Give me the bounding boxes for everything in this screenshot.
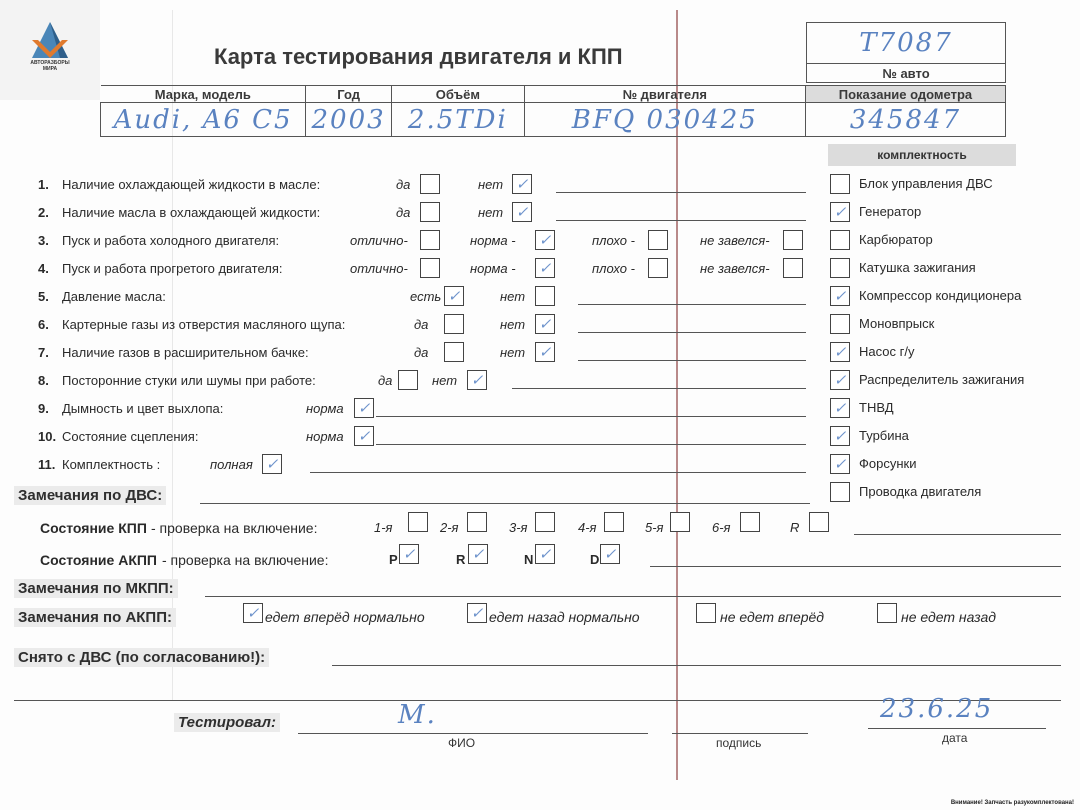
kit-checkbox[interactable]: ✓ xyxy=(830,398,850,418)
option-label: норма xyxy=(306,429,344,444)
name-line[interactable] xyxy=(298,733,648,734)
auto-number-label: № авто xyxy=(807,64,1006,83)
signature-caption: подпись xyxy=(716,736,761,750)
header-odometer: Показание одометра xyxy=(805,86,1005,103)
answer-line[interactable] xyxy=(376,416,806,417)
akpp-remark-checkbox[interactable]: ✓ xyxy=(243,603,263,623)
akpp-gear-checkbox[interactable]: ✓ xyxy=(600,544,620,564)
make-model-value[interactable]: Audi, A6 C5 xyxy=(101,103,306,137)
question-number: 1. xyxy=(38,177,49,192)
gear-label: 4-я xyxy=(578,520,597,535)
auto-gearbox-label: Состояние АКПП xyxy=(40,552,157,568)
option-label: плохо - xyxy=(592,233,635,248)
gear-label: 1-я xyxy=(374,520,393,535)
kit-header: комплектность xyxy=(828,144,1016,166)
option-checkbox[interactable] xyxy=(398,370,418,390)
option-checkbox[interactable] xyxy=(444,314,464,334)
header-volume: Объём xyxy=(392,86,525,103)
auto-number-table: T7087 № авто xyxy=(806,22,1006,83)
question-number: 11. xyxy=(38,457,55,472)
option-label: да xyxy=(378,373,392,388)
option-label: норма - xyxy=(470,233,516,248)
option-label: да xyxy=(396,177,410,192)
question-text: Наличие газов в расширительном бачке: xyxy=(62,345,309,360)
option-checkbox[interactable] xyxy=(420,202,440,222)
option-checkbox[interactable] xyxy=(783,230,803,250)
kit-item-label: Турбина xyxy=(859,428,909,443)
kit-item-label: Компрессор кондиционера xyxy=(859,288,1021,303)
gear-label: 2-я xyxy=(440,520,459,535)
engine-remarks-line[interactable] xyxy=(200,503,810,504)
kit-item-label: ТНВД xyxy=(859,400,894,415)
odometer-value[interactable]: 345847 xyxy=(805,103,1005,137)
gear-label: 3-я xyxy=(509,520,528,535)
question-number: 8. xyxy=(38,373,49,388)
option-checkbox[interactable]: ✓ xyxy=(535,342,555,362)
option-checkbox[interactable] xyxy=(444,342,464,362)
gear-checkbox[interactable] xyxy=(670,512,690,532)
auto-gearbox-line[interactable] xyxy=(650,566,1061,567)
kit-item-label: Проводка двигателя xyxy=(859,484,981,499)
vehicle-table: Марка, модель Год Объём № двигателя Пока… xyxy=(100,85,1006,137)
option-label: нет xyxy=(432,373,457,388)
option-label: нет xyxy=(500,317,525,332)
question-text: Пуск и работа холодного двигателя: xyxy=(62,233,279,248)
option-label: полная xyxy=(210,457,253,472)
header-engine-number: № двигателя xyxy=(524,86,805,103)
akpp-gear-checkbox[interactable]: ✓ xyxy=(399,544,419,564)
auto-number-value[interactable]: T7087 xyxy=(807,23,1006,64)
akpp-remark-checkbox[interactable]: ✓ xyxy=(467,603,487,623)
date-value[interactable]: 23.6.25 xyxy=(880,694,993,724)
manual-gearbox-line[interactable] xyxy=(854,534,1061,535)
question-text: Состояние сцепления: xyxy=(62,429,198,444)
akpp-remark-checkbox[interactable] xyxy=(696,603,716,623)
answer-line[interactable] xyxy=(512,388,806,389)
kit-item-label: Катушка зажигания xyxy=(859,260,976,275)
option-label: нет xyxy=(478,177,503,192)
auto-gearbox-label-rest: - проверка на включение: xyxy=(162,552,328,568)
question-number: 7. xyxy=(38,345,49,360)
kit-checkbox[interactable]: ✓ xyxy=(830,454,850,474)
answer-line[interactable] xyxy=(556,192,806,193)
tester-name-value[interactable]: M. xyxy=(398,700,437,730)
option-checkbox[interactable] xyxy=(420,258,440,278)
gear-label: R xyxy=(790,520,799,535)
engine-number-value[interactable]: BFQ 030425 xyxy=(524,103,805,137)
kit-checkbox[interactable] xyxy=(830,314,850,334)
answer-line[interactable] xyxy=(578,360,806,361)
option-label: отлично- xyxy=(350,233,408,248)
kit-item-label: Распределитель зажигания xyxy=(859,372,1024,387)
option-label: нет xyxy=(478,205,503,220)
answer-line[interactable] xyxy=(578,304,806,305)
option-checkbox[interactable]: ✓ xyxy=(512,202,532,222)
akpp-gear-checkbox[interactable]: ✓ xyxy=(535,544,555,564)
question-number: 4. xyxy=(38,261,49,276)
kit-item-label: Блок управления ДВС xyxy=(859,176,993,191)
question-text: Картерные газы из отверстия масляного щу… xyxy=(62,317,345,332)
option-label: норма xyxy=(306,401,344,416)
mountain-checkmark-logo-icon xyxy=(0,0,100,100)
akpp-remark-label: едет вперёд нормально xyxy=(265,609,425,625)
gear-label: 5-я xyxy=(645,520,664,535)
gear-checkbox[interactable] xyxy=(535,512,555,532)
gear-checkbox[interactable] xyxy=(604,512,624,532)
option-label: отлично- xyxy=(350,261,408,276)
manual-gearbox-label-rest: - проверка на включение: xyxy=(151,520,317,536)
year-value[interactable]: 2003 xyxy=(306,103,392,137)
question-number: 3. xyxy=(38,233,49,248)
option-checkbox[interactable] xyxy=(535,286,555,306)
kit-checkbox[interactable] xyxy=(830,174,850,194)
akpp-gear-checkbox[interactable]: ✓ xyxy=(468,544,488,564)
gear-label: 6-я xyxy=(712,520,731,535)
kit-item-label: Насос г/у xyxy=(859,344,914,359)
option-label: да xyxy=(414,317,428,332)
removed-label: Снято с ДВС (по согласованию!): xyxy=(14,648,269,667)
option-checkbox[interactable] xyxy=(420,230,440,250)
question-text: Дымность и цвет выхлопа: xyxy=(62,401,223,416)
removed-line[interactable] xyxy=(332,665,1061,666)
question-number: 10. xyxy=(38,429,56,444)
kit-checkbox[interactable] xyxy=(830,230,850,250)
kit-item-label: Форсунки xyxy=(859,456,916,471)
logo-line2: МИРА xyxy=(0,66,100,72)
question-number: 2. xyxy=(38,205,49,220)
question-number: 6. xyxy=(38,317,49,332)
header-make-model: Марка, модель xyxy=(101,86,306,103)
question-text: Посторонние стуки или шумы при работе: xyxy=(62,373,316,388)
option-checkbox[interactable]: ✓ xyxy=(354,398,374,418)
akpp-gear-label: N xyxy=(524,552,533,567)
gear-checkbox[interactable] xyxy=(408,512,428,532)
signature-line[interactable] xyxy=(672,733,808,734)
page-title: Карта тестирования двигателя и КПП xyxy=(214,44,623,70)
auto-remarks-label: Замечания по АКПП: xyxy=(14,608,176,627)
option-label: не завелся- xyxy=(700,261,770,276)
gear-checkbox[interactable] xyxy=(467,512,487,532)
question-text: Наличие масла в охлаждающей жидкости: xyxy=(62,205,320,220)
manual-gearbox-label: Состояние КПП xyxy=(40,520,147,536)
kit-item-label: Карбюратор xyxy=(859,232,933,247)
akpp-gear-label: P xyxy=(389,552,398,567)
logo-block: АВТОРАЗБОРЫ МИРА xyxy=(0,0,100,100)
option-checkbox[interactable]: ✓ xyxy=(354,426,374,446)
option-checkbox[interactable] xyxy=(648,258,668,278)
tested-label: Тестировал: xyxy=(174,713,280,732)
option-checkbox[interactable]: ✓ xyxy=(512,174,532,194)
kit-checkbox[interactable]: ✓ xyxy=(830,202,850,222)
answer-line[interactable] xyxy=(310,472,806,473)
option-label: норма - xyxy=(470,261,516,276)
answer-line[interactable] xyxy=(578,332,806,333)
option-checkbox[interactable] xyxy=(783,258,803,278)
option-label: плохо - xyxy=(592,261,635,276)
question-number: 5. xyxy=(38,289,49,304)
option-label: да xyxy=(414,345,428,360)
question-text: Давление масла: xyxy=(62,289,166,304)
akpp-remark-label: не едет вперёд xyxy=(720,609,824,625)
date-caption: дата xyxy=(942,731,967,745)
answer-line[interactable] xyxy=(556,220,806,221)
volume-value[interactable]: 2.5TDi xyxy=(392,103,525,137)
header-year: Год xyxy=(306,86,392,103)
option-label: есть xyxy=(410,289,441,304)
option-checkbox[interactable]: ✓ xyxy=(535,314,555,334)
kit-checkbox[interactable]: ✓ xyxy=(830,286,850,306)
question-text: Комплектность : xyxy=(62,457,160,472)
option-checkbox[interactable] xyxy=(420,174,440,194)
kit-checkbox[interactable]: ✓ xyxy=(830,342,850,362)
kit-checkbox[interactable] xyxy=(830,482,850,502)
answer-line[interactable] xyxy=(376,444,806,445)
option-label: да xyxy=(396,205,410,220)
engine-remarks-label: Замечания по ДВС: xyxy=(14,486,166,505)
date-line[interactable] xyxy=(868,728,1046,729)
option-label: нет xyxy=(500,345,525,360)
option-checkbox[interactable]: ✓ xyxy=(444,286,464,306)
option-label: нет xyxy=(500,289,525,304)
akpp-remark-label: не едет назад xyxy=(901,609,996,625)
manual-remarks-label: Замечания по МКПП: xyxy=(14,579,178,598)
question-text: Наличие охлаждающей жидкости в масле: xyxy=(62,177,320,192)
warning-note: Внимание! Запчасть разукомплектована! xyxy=(951,800,1074,806)
option-checkbox[interactable]: ✓ xyxy=(262,454,282,474)
kit-item-label: Генератор xyxy=(859,204,921,219)
name-caption: ФИО xyxy=(448,736,475,750)
question-number: 9. xyxy=(38,401,49,416)
akpp-gear-label: D xyxy=(590,552,599,567)
kit-checkbox[interactable]: ✓ xyxy=(830,426,850,446)
manual-remarks-line[interactable] xyxy=(205,596,1061,597)
kit-item-label: Моновпрыск xyxy=(859,316,934,331)
option-checkbox[interactable]: ✓ xyxy=(535,230,555,250)
akpp-remark-checkbox[interactable] xyxy=(877,603,897,623)
akpp-gear-label: R xyxy=(456,552,465,567)
gear-checkbox[interactable] xyxy=(740,512,760,532)
kit-checkbox[interactable] xyxy=(830,258,850,278)
akpp-remark-label: едет назад нормально xyxy=(489,609,640,625)
option-label: не завелся- xyxy=(700,233,770,248)
option-checkbox[interactable]: ✓ xyxy=(467,370,487,390)
kit-checkbox[interactable]: ✓ xyxy=(830,370,850,390)
gear-checkbox[interactable] xyxy=(809,512,829,532)
question-text: Пуск и работа прогретого двигателя: xyxy=(62,261,282,276)
option-checkbox[interactable] xyxy=(648,230,668,250)
option-checkbox[interactable]: ✓ xyxy=(535,258,555,278)
